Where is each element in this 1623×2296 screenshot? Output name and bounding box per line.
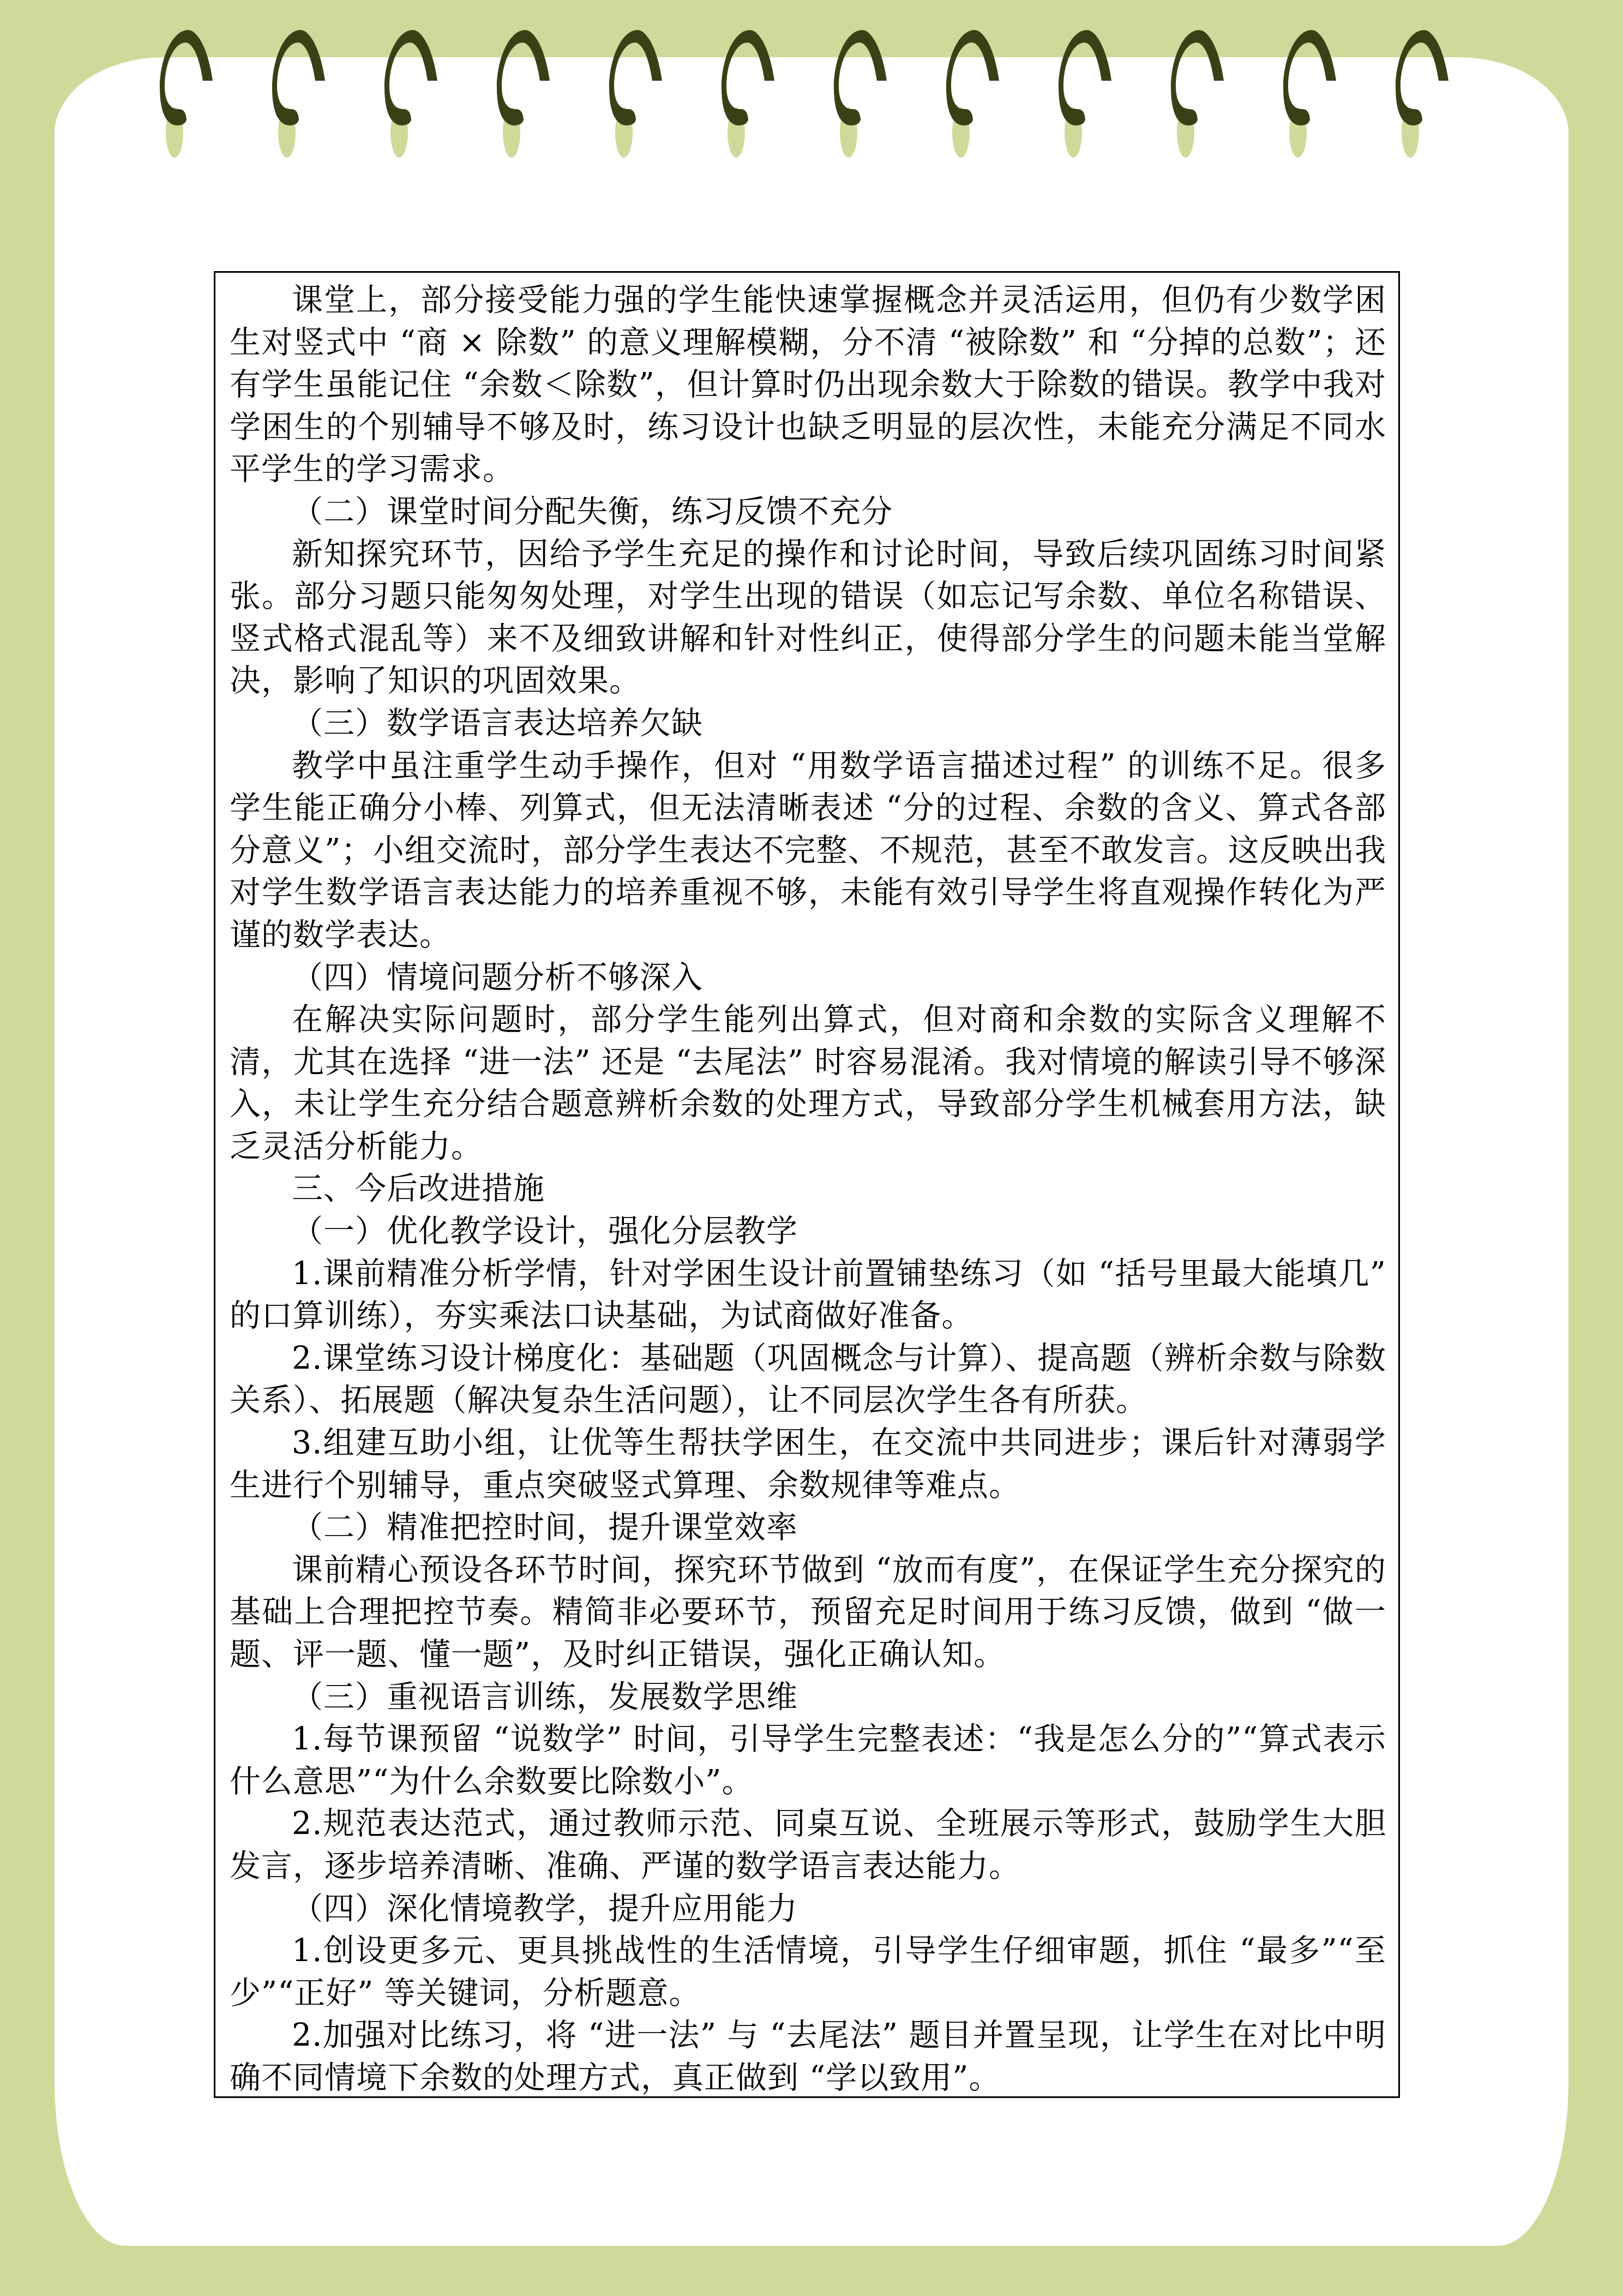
- paragraph-layered-teaching-2: 2.课堂练习设计梯度化：基础题（巩固概念与计算）、提高题（辨析余数与除数关系）、…: [230, 1338, 1386, 1422]
- subheading-time-control: （二）精准把控时间，提升课堂效率: [230, 1507, 1386, 1549]
- paragraph-language-training-2: 2.规范表达范式，通过教师示范、同桌互说、全班展示等形式，鼓励学生大胆发言，逐步…: [230, 1803, 1386, 1887]
- paragraph-language-training-1: 1.每节课预留 “说数学” 时间，引导学生完整表述：“我是怎么分的”“算式表示什…: [230, 1718, 1386, 1803]
- spiral-ring-icon: [158, 27, 224, 158]
- paragraph-time-control: 课前精心预设各环节时间，探究环节做到 “放而有度”，在保证学生充分探究的基础上合…: [230, 1549, 1386, 1676]
- paragraph-time-allocation: 新知探究环节，因给予学生充足的操作和讨论时间，导致后续巩固练习时间紧张。部分习题…: [230, 533, 1386, 703]
- paragraph-math-language: 教学中虽注重学生动手操作，但对 “用数学语言描述过程” 的训练不足。很多学生能正…: [230, 745, 1386, 957]
- spiral-ring-icon: [832, 27, 898, 158]
- subheading-math-language: （三）数学语言表达培养欠缺: [230, 703, 1386, 745]
- spiral-ring-icon: [1169, 27, 1235, 158]
- spiral-binding: [0, 0, 1623, 175]
- spiral-ring-icon: [383, 27, 448, 158]
- subheading-situation-analysis: （四）情境问题分析不够深入: [230, 957, 1386, 999]
- spiral-ring-icon: [945, 27, 1010, 158]
- paragraph-layered-teaching-3: 3.组建互助小组，让优等生帮扶学困生，在交流中共同进步；课后针对薄弱学生进行个别…: [230, 1422, 1386, 1507]
- paragraph-situational-teaching-2: 2.加强对比练习，将 “进一法” 与 “去尾法” 题目并置呈现，让学生在对比中明…: [230, 2015, 1386, 2099]
- heading-improvement-measures: 三、今后改进措施: [230, 1168, 1386, 1210]
- spiral-ring-icon: [270, 27, 336, 158]
- subheading-language-training: （三）重视语言训练，发展数学思维: [230, 1676, 1386, 1719]
- spiral-ring-icon: [1282, 27, 1347, 158]
- paragraph-learning-gap: 课堂上，部分接受能力强的学生能快速掌握概念并灵活运用，但仍有少数学困生对竖式中 …: [230, 279, 1386, 491]
- subheading-time-allocation: （二）课堂时间分配失衡，练习反馈不充分: [230, 491, 1386, 533]
- paragraph-layered-teaching-1: 1.课前精准分析学情，针对学困生设计前置铺垫练习（如 “括号里最大能填几” 的口…: [230, 1253, 1386, 1338]
- spiral-ring-icon: [1057, 27, 1122, 158]
- paragraph-situational-teaching-1: 1.创设更多元、更具挑战性的生活情境，引导学生仔细审题，抓住 “最多”“至少”“…: [230, 1930, 1386, 2015]
- paragraph-situation-analysis: 在解决实际问题时，部分学生能列出算式，但对商和余数的实际含义理解不清，尤其在选择…: [230, 999, 1386, 1168]
- spiral-ring-icon: [608, 27, 673, 158]
- subheading-layered-teaching: （一）优化教学设计，强化分层教学: [230, 1210, 1386, 1253]
- spiral-ring-icon: [720, 27, 785, 158]
- document-text-box: 课堂上，部分接受能力强的学生能快速掌握概念并灵活运用，但仍有少数学困生对竖式中 …: [214, 271, 1400, 2098]
- spiral-ring-icon: [1394, 27, 1459, 158]
- subheading-situational-teaching: （四）深化情境教学，提升应用能力: [230, 1888, 1386, 1931]
- spiral-ring-icon: [495, 27, 561, 158]
